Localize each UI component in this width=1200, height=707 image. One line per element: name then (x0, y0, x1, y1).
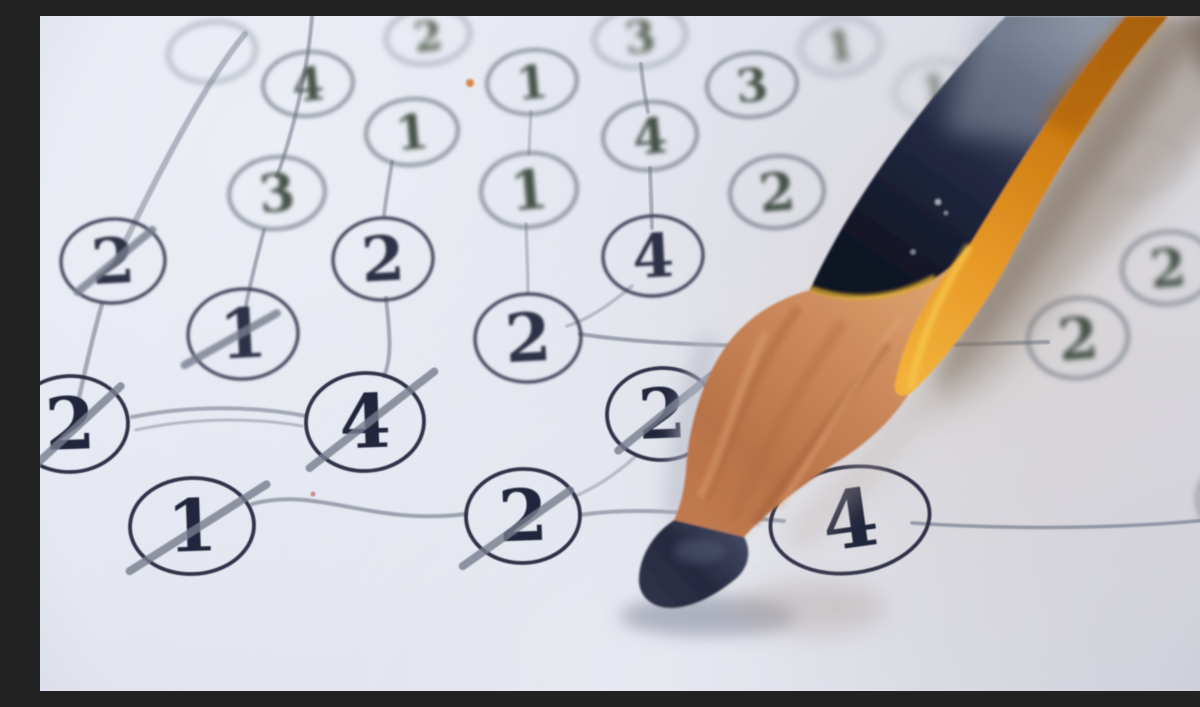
bubble-digit: 3 (734, 57, 771, 114)
bubble-digit: 2 (1147, 237, 1188, 301)
pencil-shadow (674, 539, 726, 563)
paper-speck (466, 79, 474, 87)
bubble-digit: 4 (290, 56, 327, 113)
pencil-connecting-line (529, 112, 531, 154)
photo-canvas: 2311413143122242212242124 (40, 16, 1200, 691)
bubble-digit: 1 (393, 104, 431, 163)
bubble-digit: 3 (622, 16, 659, 65)
pencil-shadow (735, 582, 885, 634)
bubble-digit: 1 (165, 482, 218, 569)
pencil-detail (935, 199, 941, 205)
pencil-connecting-line (526, 224, 528, 294)
bubble-digit: 1 (508, 157, 551, 224)
pencil-detail (944, 211, 948, 215)
pencil-connecting-line (650, 168, 652, 228)
bubble-digit: 2 (360, 221, 407, 296)
bubble-digit: 3 (256, 162, 297, 226)
bubble-digit: 4 (630, 221, 675, 293)
paper-speck (311, 492, 316, 497)
bubble-digit: 2 (1055, 303, 1101, 374)
bubble-digit: 4 (631, 106, 670, 167)
bubble-digit: 1 (823, 21, 857, 72)
bubble-digit: 2 (756, 161, 797, 225)
bubble-digit: 2 (411, 16, 445, 62)
bubble-digit: 1 (514, 54, 551, 111)
bubble-digit: 2 (503, 298, 553, 378)
pencil-detail (911, 250, 916, 255)
answer-sheet-photo: 2311413143122242212242124 Photograph of … (40, 16, 1200, 691)
